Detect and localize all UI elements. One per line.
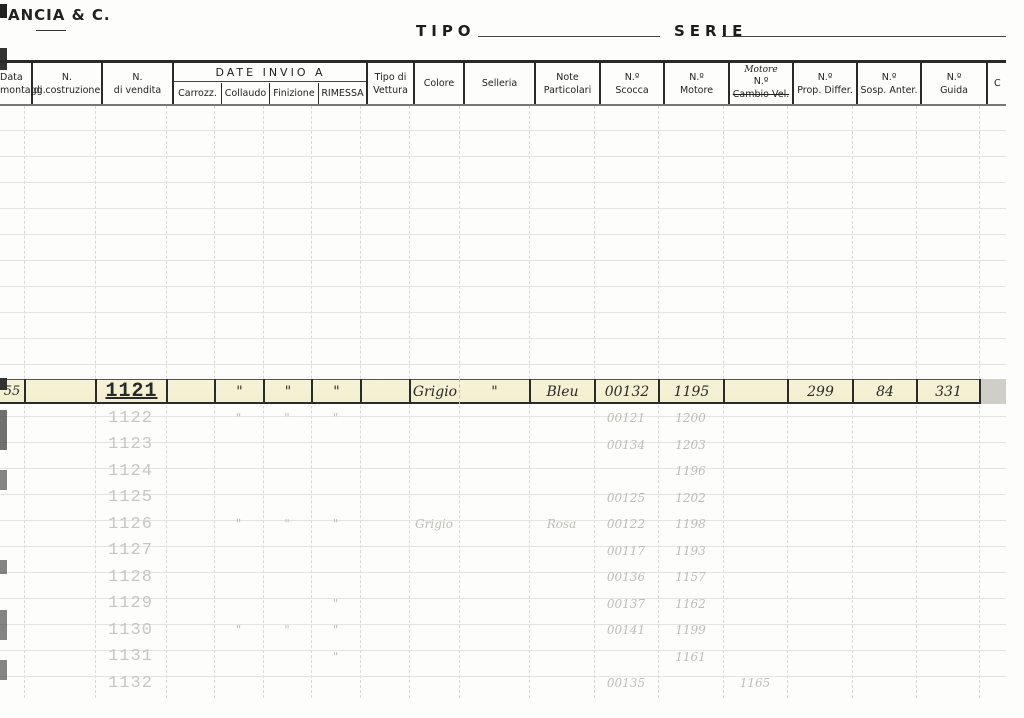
cell-rimessa <box>360 379 409 404</box>
faded-cell-motore: 1193 <box>658 539 723 563</box>
faded-cell-d1: " <box>263 512 311 536</box>
header-text: di costruzione <box>34 84 101 97</box>
binding-mark <box>0 378 7 390</box>
tipo-label: TIPO <box>416 22 476 40</box>
header-note: Note Particolari <box>536 63 601 104</box>
faded-cell-d0: " <box>214 406 263 430</box>
cell-colore: Grigio <box>409 379 459 404</box>
serie-field[interactable] <box>722 36 1006 37</box>
faded-cell-motore: 1200 <box>658 406 723 430</box>
faded-cell-d2: " <box>311 592 360 616</box>
header-sosp-anter: N.º Sosp. Anter. <box>858 63 922 104</box>
header-text: C <box>994 77 1001 90</box>
grid-line <box>0 312 1006 313</box>
faded-cell-scocca: 00125 <box>594 486 658 510</box>
header-carrozz: Carrozz. <box>174 83 222 104</box>
binding-mark <box>0 410 7 450</box>
faded-cell-scocca: 00122 <box>594 512 658 536</box>
faded-cell-motore: 1199 <box>658 618 723 642</box>
faded-cell-motore: 1203 <box>658 433 723 457</box>
grid-line <box>0 286 1006 287</box>
header-tipo-vettura: Tipo di Vettura <box>368 63 415 104</box>
grid-line <box>0 364 1006 365</box>
faded-cell-motore: 1162 <box>658 592 723 616</box>
faded-cell-n-vendita: 1125 <box>95 486 166 510</box>
header-cambio: Motore N.º Cambio Vel. <box>730 63 794 104</box>
faded-cell-scocca: 00121 <box>594 406 658 430</box>
header-text: Sosp. Anter. <box>860 84 917 97</box>
faded-cell-n-vendita: 1132 <box>95 671 166 695</box>
header-bottom-rule <box>0 104 1006 106</box>
faded-cell-colore: Grigio <box>409 512 459 536</box>
grid-line <box>0 260 1006 261</box>
binding-mark <box>0 470 7 490</box>
faded-cell-n-vendita: 1126 <box>95 512 166 536</box>
header-text: Scocca <box>615 84 648 97</box>
header-text: Guida <box>940 84 968 97</box>
cell-note: Bleu <box>529 379 594 404</box>
header-text: Colore <box>424 77 454 90</box>
tipo-field[interactable] <box>478 36 660 37</box>
header-text: N.º <box>947 71 962 84</box>
header-text: N.º <box>818 71 833 84</box>
cell-sosp-anter: 84 <box>852 379 916 404</box>
faded-cell-cambio: 1165 <box>723 671 787 695</box>
header-text: Prop. Differ. <box>797 84 853 97</box>
cell-n-vendita: 1121 <box>95 379 166 404</box>
cell-selleria: " <box>459 379 529 404</box>
faded-cell-n-vendita: 1127 <box>95 539 166 563</box>
header-text: N. <box>62 71 72 84</box>
grid-line <box>0 130 1006 131</box>
header-cut-off: C <box>988 63 1024 104</box>
header-motore: N.º Motore <box>665 63 730 104</box>
header-text: Vettura <box>373 84 408 97</box>
faded-cell-scocca: 00136 <box>594 565 658 589</box>
struck-header-text: Cambio Vel. <box>733 88 789 101</box>
cell-guida: 331 <box>916 379 979 404</box>
header-text: Tipo di <box>375 71 407 84</box>
grid-line <box>0 338 1006 339</box>
grid-line <box>0 182 1006 183</box>
header-text: Selleria <box>482 77 517 90</box>
faded-cell-d1: " <box>263 406 311 430</box>
faded-cell-note: Rosa <box>529 512 594 536</box>
faded-cell-d0: " <box>214 618 263 642</box>
faded-cell-d2: " <box>311 618 360 642</box>
cell-n-costruzione <box>24 379 95 404</box>
faded-cell-d2: " <box>311 406 360 430</box>
header-data-montaggio: Data montagg. <box>0 63 33 104</box>
binding-mark <box>0 560 7 574</box>
grid-line <box>0 234 1006 235</box>
grid-line <box>0 208 1006 209</box>
cell-carrozz: " <box>214 379 263 404</box>
header-date-invio: DATE INVIO A <box>174 64 367 82</box>
faded-cell-motore: 1198 <box>658 512 723 536</box>
header-text: N.º <box>754 75 769 88</box>
faded-cell-scocca: 00137 <box>594 592 658 616</box>
cell-finizione: " <box>311 379 360 404</box>
header-n-vendita: N. di vendita <box>103 63 174 104</box>
cell-cambio <box>723 379 787 404</box>
faded-cell-scocca: 00117 <box>594 539 658 563</box>
header-text: N.º <box>689 71 704 84</box>
header-text: di vendita <box>114 84 161 97</box>
header-text: Data <box>0 71 23 84</box>
header-text: N.º <box>625 71 640 84</box>
header-prop-differ: N.º Prop. Differ. <box>794 63 858 104</box>
faded-cell-n-vendita: 1130 <box>95 618 166 642</box>
grid-line <box>0 156 1006 157</box>
binding-mark <box>0 610 7 640</box>
header-text: Note <box>556 71 579 84</box>
cell-prop-differ: 299 <box>787 379 852 404</box>
faded-cell-n-vendita: 1123 <box>95 433 166 457</box>
cell-spacer <box>166 379 214 404</box>
header-selleria: Selleria <box>465 63 536 104</box>
header-guida: N.º Guida <box>922 63 988 104</box>
faded-cell-motore: 1157 <box>658 565 723 589</box>
header-text: Motore <box>680 84 713 97</box>
faded-cell-motore: 1196 <box>658 459 723 483</box>
faded-cell-n-vendita: 1128 <box>95 565 166 589</box>
header-n-costruzione: N. di costruzione <box>33 63 103 104</box>
faded-cell-n-vendita: 1129 <box>95 592 166 616</box>
faded-cell-d2: " <box>311 512 360 536</box>
cell-motore: 1195 <box>658 379 723 404</box>
header-scocca: N.º Scocca <box>601 63 665 104</box>
header-colore: Colore <box>415 63 465 104</box>
faded-cell-scocca: 00141 <box>594 618 658 642</box>
header-text: N.º <box>882 71 897 84</box>
faded-cell-motore: 1202 <box>658 486 723 510</box>
faded-cell-d0: " <box>214 512 263 536</box>
faded-cell-n-vendita: 1124 <box>95 459 166 483</box>
header-rimessa: RIMESSA <box>319 83 367 104</box>
faded-cell-scocca: 00135 <box>594 671 658 695</box>
faded-cell-d1: " <box>263 618 311 642</box>
header-text: Particolari <box>544 84 591 97</box>
header-text: N. <box>132 71 142 84</box>
faded-cell-motore: 1161 <box>658 645 723 669</box>
header-collaudo: Collaudo <box>222 83 270 104</box>
faded-cell-n-vendita: 1131 <box>95 645 166 669</box>
cell-collaudo: " <box>263 379 311 404</box>
faded-cell-scocca: 00134 <box>594 433 658 457</box>
header-finizione: Finizione <box>270 83 319 104</box>
faded-cell-n-vendita: 1122 <box>95 406 166 430</box>
cell-cut-off <box>979 379 1006 404</box>
faded-cell-d2: " <box>311 645 360 669</box>
company-underline <box>36 30 66 31</box>
binding-mark <box>0 4 7 18</box>
binding-mark <box>0 660 7 680</box>
serie-label: SERIE <box>674 22 747 40</box>
cell-scocca: 00132 <box>594 379 658 404</box>
company-name: ANCIA & C. <box>8 6 111 24</box>
handwritten-correction: Motore <box>744 66 777 75</box>
